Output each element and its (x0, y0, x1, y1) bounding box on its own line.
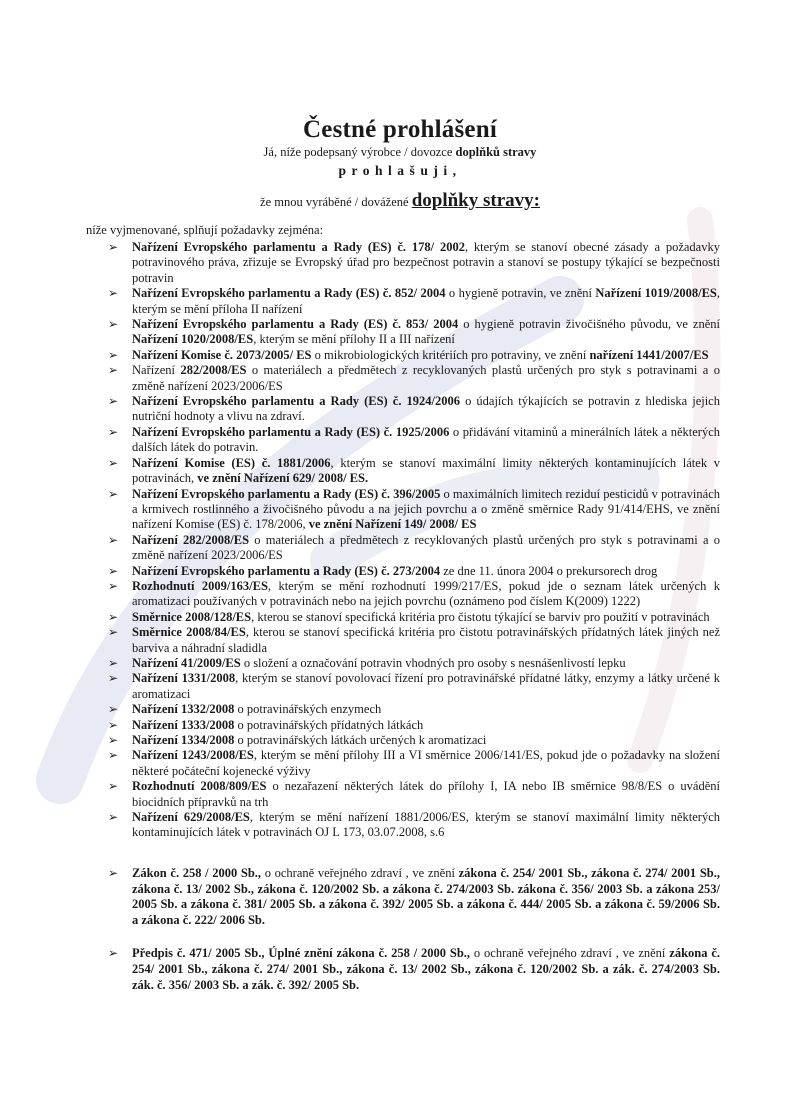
regulation-name: Nařízení Komise č. 2073/2005/ ES (132, 348, 312, 362)
arrowhead-bullet-icon: ➢ (108, 240, 118, 255)
arrowhead-bullet-icon: ➢ (108, 779, 118, 794)
regulation-description: o složení a označování potravin vhodných… (241, 656, 626, 670)
regulation-item: ➢Nařízení Komise (ES) č. 1881/2006, kter… (108, 456, 720, 487)
regulation-item: ➢Nařízení Evropského parlamentu a Rady (… (108, 564, 720, 579)
regulations-list: ➢Nařízení Evropského parlamentu a Rady (… (108, 240, 720, 841)
regulation-description: o hygieně potravin živočišného původu, v… (458, 317, 720, 331)
arrowhead-bullet-icon: ➢ (108, 564, 118, 579)
laws-list: ➢Zákon č. 258 / 2000 Sb., o ochraně veře… (108, 866, 720, 993)
arrowhead-bullet-icon: ➢ (108, 866, 118, 882)
regulation-name: Nařízení Evropského parlamentu a Rady (E… (132, 564, 440, 578)
regulation-name: Nařízení 41/2009/ES (132, 656, 241, 670)
regulation-item: ➢Rozhodnutí 2009/163/ES, kterým se mění … (108, 579, 720, 610)
regulation-amendment: Nařízení 1019/2008/ES (595, 286, 716, 300)
regulation-name: Nařízení Komise (ES) č. 1881/2006 (132, 456, 331, 470)
arrowhead-bullet-icon: ➢ (108, 363, 118, 378)
arrowhead-bullet-icon: ➢ (108, 702, 118, 717)
regulation-item: ➢Směrnice 2008/128/ES, kterou se stanoví… (108, 610, 720, 625)
regulation-item: ➢Nařízení 282/2008/ES o materiálech a př… (108, 363, 720, 394)
regulation-name: Nařízení Evropského parlamentu a Rady (E… (132, 317, 458, 331)
regulation-description: o hygieně potravin, ve znění (446, 286, 596, 300)
regulation-name: Nařízení 282/2008/ES (132, 533, 249, 547)
regulation-name: Nařízení Evropského parlamentu a Rady (E… (132, 487, 440, 501)
regulation-item: ➢Nařízení Komise č. 2073/2005/ ES o mikr… (108, 348, 720, 363)
regulation-amendment: ve znění Nařízení 149/ 2008/ ES (309, 517, 477, 531)
arrowhead-bullet-icon: ➢ (108, 348, 118, 363)
arrowhead-bullet-icon: ➢ (108, 425, 118, 440)
arrowhead-bullet-icon: ➢ (108, 579, 118, 594)
regulation-name: Nařízení 1243/2008/ES (132, 748, 254, 762)
regulation-name: Nařízení Evropského parlamentu a Rady (E… (132, 240, 465, 254)
regulation-name: Nařízení Evropského parlamentu a Rady (E… (132, 425, 449, 439)
regulation-item: ➢Nařízení 629/2008/ES, kterým se mění na… (108, 810, 720, 841)
subject-bold: doplňky stravy: (412, 190, 540, 211)
regulation-description: o potravinářských přídatných látkách (234, 718, 423, 732)
arrowhead-bullet-icon: ➢ (108, 625, 118, 640)
arrowhead-bullet-icon: ➢ (108, 610, 118, 625)
arrowhead-bullet-icon: ➢ (108, 317, 118, 332)
subject-line: že mnou vyráběné / dovážené doplňky stra… (0, 190, 800, 212)
regulation-amendment: ve znění Nařízení 629/ 2008/ ES. (197, 471, 368, 485)
regulation-item: ➢Nařízení 1334/2008 o potravinářských lá… (108, 733, 720, 748)
regulation-item: ➢Nařízení 1332/2008 o potravinářských en… (108, 702, 720, 717)
arrowhead-bullet-icon: ➢ (108, 456, 118, 471)
regulation-item: ➢Nařízení Evropského parlamentu a Rady (… (108, 487, 720, 533)
lead-text: níže vyjmenované, splňují požadavky zejm… (86, 223, 323, 238)
arrowhead-bullet-icon: ➢ (108, 394, 118, 409)
regulation-name: Nařízení 1334/2008 (132, 733, 234, 747)
regulation-description-extra: , kterým se mění přílohy II a III naříze… (253, 332, 455, 346)
regulation-item: ➢Nařízení 1243/2008/ES, kterým se mění p… (108, 748, 720, 779)
regulation-description: o potravinářských enzymech (234, 702, 381, 716)
regulation-name: Nařízení Evropského parlamentu a Rady (E… (132, 286, 446, 300)
arrowhead-bullet-icon: ➢ (108, 286, 118, 301)
regulation-name: Směrnice 2008/128/ES (132, 610, 251, 624)
arrowhead-bullet-icon: ➢ (108, 533, 118, 548)
regulation-item: ➢Nařízení 1333/2008 o potravinářských př… (108, 718, 720, 733)
document-page: Čestné prohlášení Já, níže podepsaný výr… (0, 0, 800, 1100)
regulation-name: Směrnice 2008/84/ES (132, 625, 246, 639)
arrowhead-bullet-icon: ➢ (108, 656, 118, 671)
regulation-name: Nařízení 1333/2008 (132, 718, 234, 732)
intro-line: Já, níže podepsaný výrobce / dovozce dop… (0, 145, 800, 160)
regulation-description: o mikrobiologických kritériích pro potra… (312, 348, 590, 362)
arrowhead-bullet-icon: ➢ (108, 748, 118, 763)
regulation-item: ➢Nařízení 1331/2008, kterým se stanoví p… (108, 671, 720, 702)
intro-bold: doplňků stravy (456, 145, 537, 159)
subject-prefix: že mnou vyráběné / dovážené (260, 195, 412, 209)
arrowhead-bullet-icon: ➢ (108, 671, 118, 686)
regulation-item: ➢Nařízení Evropského parlamentu a Rady (… (108, 240, 720, 286)
arrowhead-bullet-icon: ➢ (108, 733, 118, 748)
regulation-item: ➢Nařízení Evropského parlamentu a Rady (… (108, 394, 720, 425)
regulation-name: Rozhodnutí 2009/163/ES (132, 579, 268, 593)
regulation-name: Rozhodnutí 2008/809/ES (132, 779, 267, 793)
regulation-item: ➢Nařízení 282/2008/ES o materiálech a př… (108, 533, 720, 564)
regulation-item: ➢Rozhodnutí 2008/809/ES o nezařazení něk… (108, 779, 720, 810)
regulation-amendment: Nařízení 1020/2008/ES (132, 332, 253, 346)
arrowhead-bullet-icon: ➢ (108, 946, 118, 962)
declaration-word: prohlašuji, (0, 163, 800, 179)
document-title: Čestné prohlášení (0, 116, 800, 144)
regulation-description: ze dne 11. února 2004 o prekursorech dro… (440, 564, 657, 578)
regulation-item: ➢Nařízení Evropského parlamentu a Rady (… (108, 317, 720, 348)
regulation-name: 282/2008/ES (180, 363, 246, 377)
arrowhead-bullet-icon: ➢ (108, 487, 118, 502)
law-name: Předpis č. 471/ 2005 Sb., Úplné znění zá… (132, 946, 470, 960)
regulation-prefix: Nařízení (132, 363, 180, 377)
regulation-item: ➢Nařízení Evropského parlamentu a Rady (… (108, 286, 720, 317)
regulation-item: ➢Nařízení Evropského parlamentu a Rady (… (108, 425, 720, 456)
arrowhead-bullet-icon: ➢ (108, 718, 118, 733)
law-description: o ochraně veřejného zdraví , ve znění (470, 946, 669, 960)
law-description: o ochraně veřejného zdraví , ve znění (261, 866, 459, 880)
regulation-amendment: nařízení 1441/2007/ES (589, 348, 708, 362)
regulation-description: , kterou se stanoví specifická kritéria … (251, 610, 710, 624)
regulation-name: Nařízení 1331/2008 (132, 671, 235, 685)
regulation-item: ➢Směrnice 2008/84/ES, kterou se stanoví … (108, 625, 720, 656)
regulation-name: Nařízení Evropského parlamentu a Rady (E… (132, 394, 460, 408)
intro-prefix: Já, níže podepsaný výrobce / dovozce (264, 145, 456, 159)
regulation-description: o potravinářských látkách určených k aro… (234, 733, 486, 747)
arrowhead-bullet-icon: ➢ (108, 810, 118, 825)
regulation-item: ➢Nařízení 41/2009/ES o složení a označov… (108, 656, 720, 671)
regulation-name: Nařízení 629/2008/ES (132, 810, 250, 824)
law-item: ➢Předpis č. 471/ 2005 Sb., Úplné znění z… (108, 946, 720, 993)
regulation-name: Nařízení 1332/2008 (132, 702, 234, 716)
law-item: ➢Zákon č. 258 / 2000 Sb., o ochraně veře… (108, 866, 720, 928)
law-name: Zákon č. 258 / 2000 Sb., (132, 866, 261, 880)
